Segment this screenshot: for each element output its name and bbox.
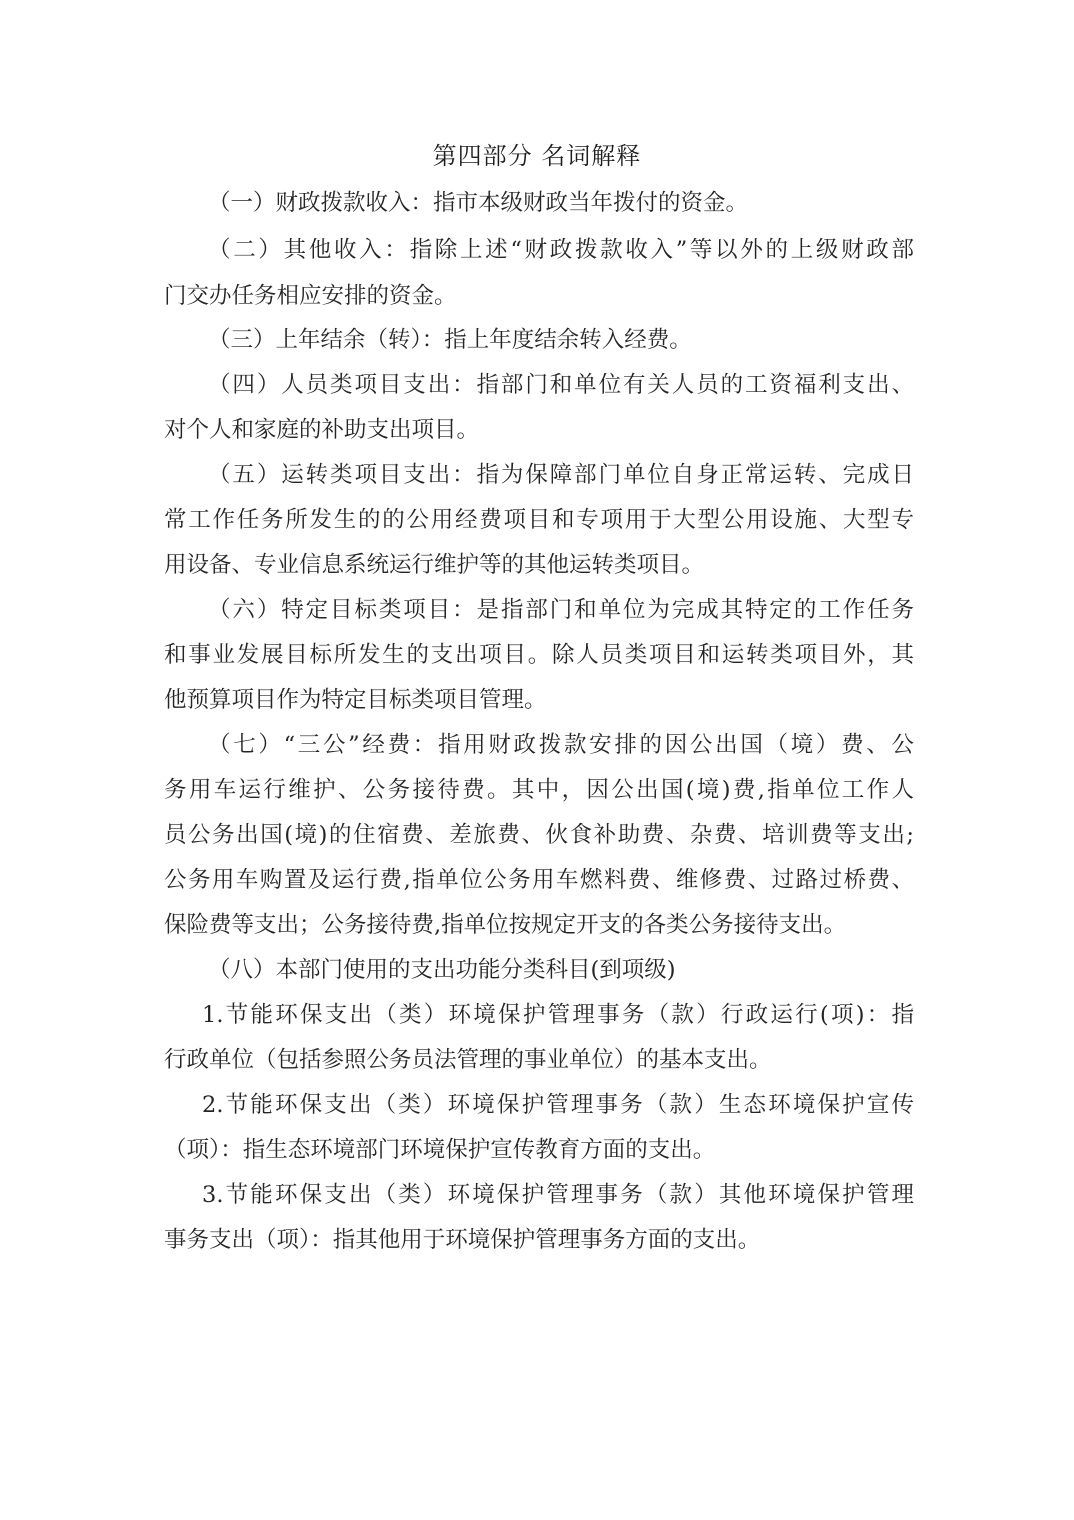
- text-line: （六）特定目标类项目：是指部门和单位为完成其特定的工作任务: [208, 595, 914, 625]
- text-line: （三）上年结余（转）：指上年度结余转入经费。: [208, 325, 914, 355]
- section-title: 第四部分 名词解释: [0, 138, 1074, 174]
- text-line: 公务用车购置及运行费,指单位公务用车燃料费、维修费、过路过桥费、: [164, 865, 914, 895]
- text-line: 保险费等支出；公务接待费,指单位按规定开支的各类公务接待支出。: [164, 910, 914, 940]
- text-line: 事务支出（项）：指其他用于环境保护管理事务方面的支出。: [164, 1225, 914, 1255]
- document-page: 第四部分 名词解释 （一）财政拨款收入：指市本级财政当年拨付的资金。（二）其他收…: [0, 0, 1074, 1520]
- text-line: （一）财政拨款收入：指市本级财政当年拨付的资金。: [208, 188, 914, 218]
- text-line: 行政单位（包括参照公务员法管理的事业单位）的基本支出。: [164, 1045, 914, 1075]
- text-line: 他预算项目作为特定目标类项目管理。: [164, 685, 914, 715]
- text-line: （二）其他收入：指除上述“财政拨款收入”等以外的上级财政部: [208, 235, 914, 265]
- text-line: （项）：指生态环境部门环境保护宣传教育方面的支出。: [164, 1135, 914, 1165]
- text-line: 对个人和家庭的补助支出项目。: [164, 415, 914, 445]
- text-line: （八）本部门使用的支出功能分类科目(到项级): [208, 955, 914, 985]
- text-line: 门交办任务相应安排的资金。: [164, 281, 914, 311]
- text-line: （五）运转类项目支出：指为保障部门单位自身正常运转、完成日: [208, 460, 914, 490]
- text-line: 用设备、专业信息系统运行维护等的其他运转类项目。: [164, 550, 914, 580]
- text-line: 员公务出国(境)的住宿费、差旅费、伙食补助费、杂费、培训费等支出;: [164, 820, 914, 850]
- text-line: 3.节能环保支出（类）环境保护管理事务（款）其他环境保护管理: [202, 1180, 914, 1210]
- text-line: 务用车运行维护、公务接待费。其中，因公出国(境)费,指单位工作人: [164, 775, 914, 805]
- text-line: （七）“三公”经费：指用财政拨款安排的因公出国（境）费、公: [208, 730, 914, 760]
- text-line: （四）人员类项目支出：指部门和单位有关人员的工资福利支出、: [208, 370, 914, 400]
- text-line: 1.节能环保支出（类）环境保护管理事务（款）行政运行(项)：指: [202, 1000, 914, 1030]
- text-line: 和事业发展目标所发生的支出项目。除人员类项目和运转类项目外，其: [164, 640, 914, 670]
- text-line: 常工作任务所发生的的公用经费项目和专项用于大型公用设施、大型专: [164, 505, 914, 535]
- text-line: 2.节能环保支出（类）环境保护管理事务（款）生态环境保护宣传: [202, 1090, 914, 1120]
